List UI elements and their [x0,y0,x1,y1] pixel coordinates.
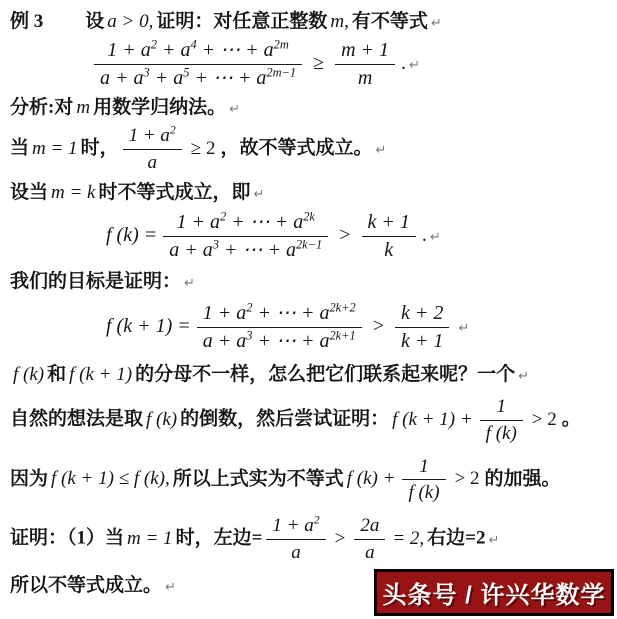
fraction-numerator: 1 + a2 [266,514,325,540]
paragraph-mark: ↵ [488,532,499,547]
fraction-denominator: a [266,540,325,565]
paragraph-proof-step1: 证明：（1）当m = 1时，左边=1 + a2a>2aa= 2,右边=2↵ [10,514,607,565]
paragraph-mark: ↵ [458,320,469,335]
paragraph-mark: ↵ [229,101,240,116]
fraction: 1 + a2a [266,514,325,565]
math-run: = 2, [392,528,424,549]
text-run: 因为 [10,468,48,489]
text-run: 分析:对 [10,97,73,118]
fraction-numerator: 1 + a2 + a4 + ⋯ + a2m [94,38,302,65]
fraction-denominator: m [335,65,395,91]
math-run: f (k + 1) + [392,409,473,430]
text-run: 当 [10,138,29,159]
text-run: 右边=2 [427,528,485,549]
formula-period: . [401,52,406,74]
relation-sign: > 2 [532,409,557,430]
math-run: a > 0, [107,11,153,32]
document-page: 例 3设a > 0,证明：对任意正整数m,有不等式↵ 1 + a2 + a4 +… [0,0,617,619]
paragraph-mark: ↵ [430,229,441,244]
fraction: 1 + a2 + ⋯ + a2k+2a + a3 + ⋯ + a2k+1 [197,301,362,354]
math-run: m [76,97,90,118]
math-run: f (k) [146,409,177,430]
fraction-numerator: m + 1 [335,38,395,65]
text-run: 所以上式实为不等式 [173,468,344,489]
fraction: k + 1k [362,210,416,263]
watermark-text: 头条号 / 许兴华数学 [382,575,605,610]
text-run: 时，左边= [176,528,263,549]
formula-period: . [422,224,427,246]
math-run: f (k + 1) [69,364,132,385]
relation-sign: > [339,224,350,246]
paragraph-example-title: 例 3设a > 0,证明：对任意正整数m,有不等式↵ [10,8,607,36]
fraction-numerator: 2a [354,514,385,540]
text-run: 有不等式 [352,11,428,32]
text-run: 设当 [10,182,48,203]
math-run: f (k) [13,364,44,385]
math-run: f (k) + [347,468,396,489]
text-run: 和 [47,364,66,385]
text-run: 设 [85,11,104,32]
fraction-numerator: 1 [402,455,445,481]
fraction-denominator: a + a3 + ⋯ + a2k+1 [197,328,362,354]
paragraph-induction-hypothesis: 设当m = k时不等式成立，即↵ [10,179,607,207]
paragraph-reciprocal-idea: 自然的想法是取f (k)的倒数，然后尝试证明：f (k + 1) +1f (k)… [10,395,607,446]
text-run: 自然的想法是取 [10,409,143,430]
text-run: 用数学归纳法。 [93,97,226,118]
fraction-denominator: a [354,540,385,565]
text-run: 的分母不一样，怎么把它们联系起来呢？一个 [135,364,515,385]
relation-sign: ≥ 2 [191,138,216,159]
fraction-denominator: f (k) [402,480,445,505]
paragraph-mark: ↵ [518,368,529,383]
text-run: 时， [81,138,119,159]
fraction-numerator: k + 2 [395,301,449,328]
paragraph-mark: ↵ [409,57,420,72]
text-run: 的倒数，然后尝试证明： [180,409,389,430]
text-run: 所以不等式成立。 [10,575,162,596]
math-run: m = 1 [32,138,78,159]
fraction-denominator: k + 1 [395,328,449,354]
display-formula-fk: f (k) =1 + a2 + ⋯ + a2ka + a3 + ⋯ + a2k−… [106,210,607,263]
fraction-numerator: 1 + a2 [123,124,182,150]
relation-sign: > [335,528,346,549]
paragraph-mark: ↵ [184,275,195,290]
paragraph-goal: 我们的目标是证明：↵ [10,268,607,296]
paragraph-mark: ↵ [165,579,176,594]
paragraph-mark: ↵ [431,15,442,30]
math-run: m = k [51,182,95,203]
text-run: 证明：对任意正整数 [156,11,327,32]
display-formula-fk1: f (k + 1) =1 + a2 + ⋯ + a2k+2a + a3 + ⋯ … [106,301,607,354]
text-run: 证明：（1）当 [10,528,124,549]
fraction: 1f (k) [402,455,445,506]
paragraph-analysis: 分析:对m用数学归纳法。↵ [10,94,607,122]
fraction-numerator: 1 [480,395,523,421]
paragraph-mark: ↵ [376,142,387,157]
paragraph-strengthening-remark: 因为f (k + 1) ≤ f (k),所以上式实为不等式f (k) +1f (… [10,455,607,506]
paragraph-mark: ↵ [254,186,265,201]
text-run: 时不等式成立，即 [99,182,251,203]
fraction-numerator: k + 1 [362,210,416,237]
math-run: m = 1 [127,528,173,549]
fraction-denominator: a + a3 + a5 + ⋯ + a2m−1 [94,65,302,91]
formula-lhs: f (k) = [106,224,157,246]
fraction: 1f (k) [480,395,523,446]
example-label: 例 3 [10,11,43,32]
fraction: 1 + a2 + ⋯ + a2ka + a3 + ⋯ + a2k−1 [163,210,328,263]
text-run: 我们的目标是证明： [10,271,181,292]
fraction-numerator: 1 + a2 + ⋯ + a2k+2 [197,301,362,328]
relation-sign: ≥ [313,52,324,74]
formula-lhs: f (k + 1) = [106,315,191,337]
fraction: 1 + a2a [123,124,182,175]
fraction-numerator: 1 + a2 + ⋯ + a2k [163,210,328,237]
fraction: 1 + a2 + a4 + ⋯ + a2ma + a3 + a5 + ⋯ + a… [94,38,302,91]
fraction-denominator: a + a3 + ⋯ + a2k−1 [163,237,328,263]
relation-sign: > [373,315,384,337]
fraction: k + 2k + 1 [395,301,449,354]
watermark-banner: 头条号 / 许兴华数学 [374,569,614,616]
paragraph-base-case: 当m = 1时，1 + a2a≥ 2，故不等式成立。↵ [10,124,607,175]
paragraph-denominator-remark: f (k)和f (k + 1)的分母不一样，怎么把它们联系起来呢？一个↵ [10,361,607,389]
fraction: 2aa [354,514,385,565]
fraction-denominator: k [362,237,416,263]
text-run: ，故不等式成立。 [220,138,372,159]
text-run: 的加强。 [485,468,561,489]
fraction-denominator: a [123,150,182,175]
math-run: f (k + 1) ≤ f (k), [51,468,170,489]
relation-sign: > 2 [455,468,480,489]
text-run: 。 [562,409,581,430]
math-run: m, [330,11,348,32]
fraction-denominator: f (k) [480,421,523,446]
fraction: m + 1m [335,38,395,91]
display-formula-main-inequality: 1 + a2 + a4 + ⋯ + a2ma + a3 + a5 + ⋯ + a… [88,38,607,91]
